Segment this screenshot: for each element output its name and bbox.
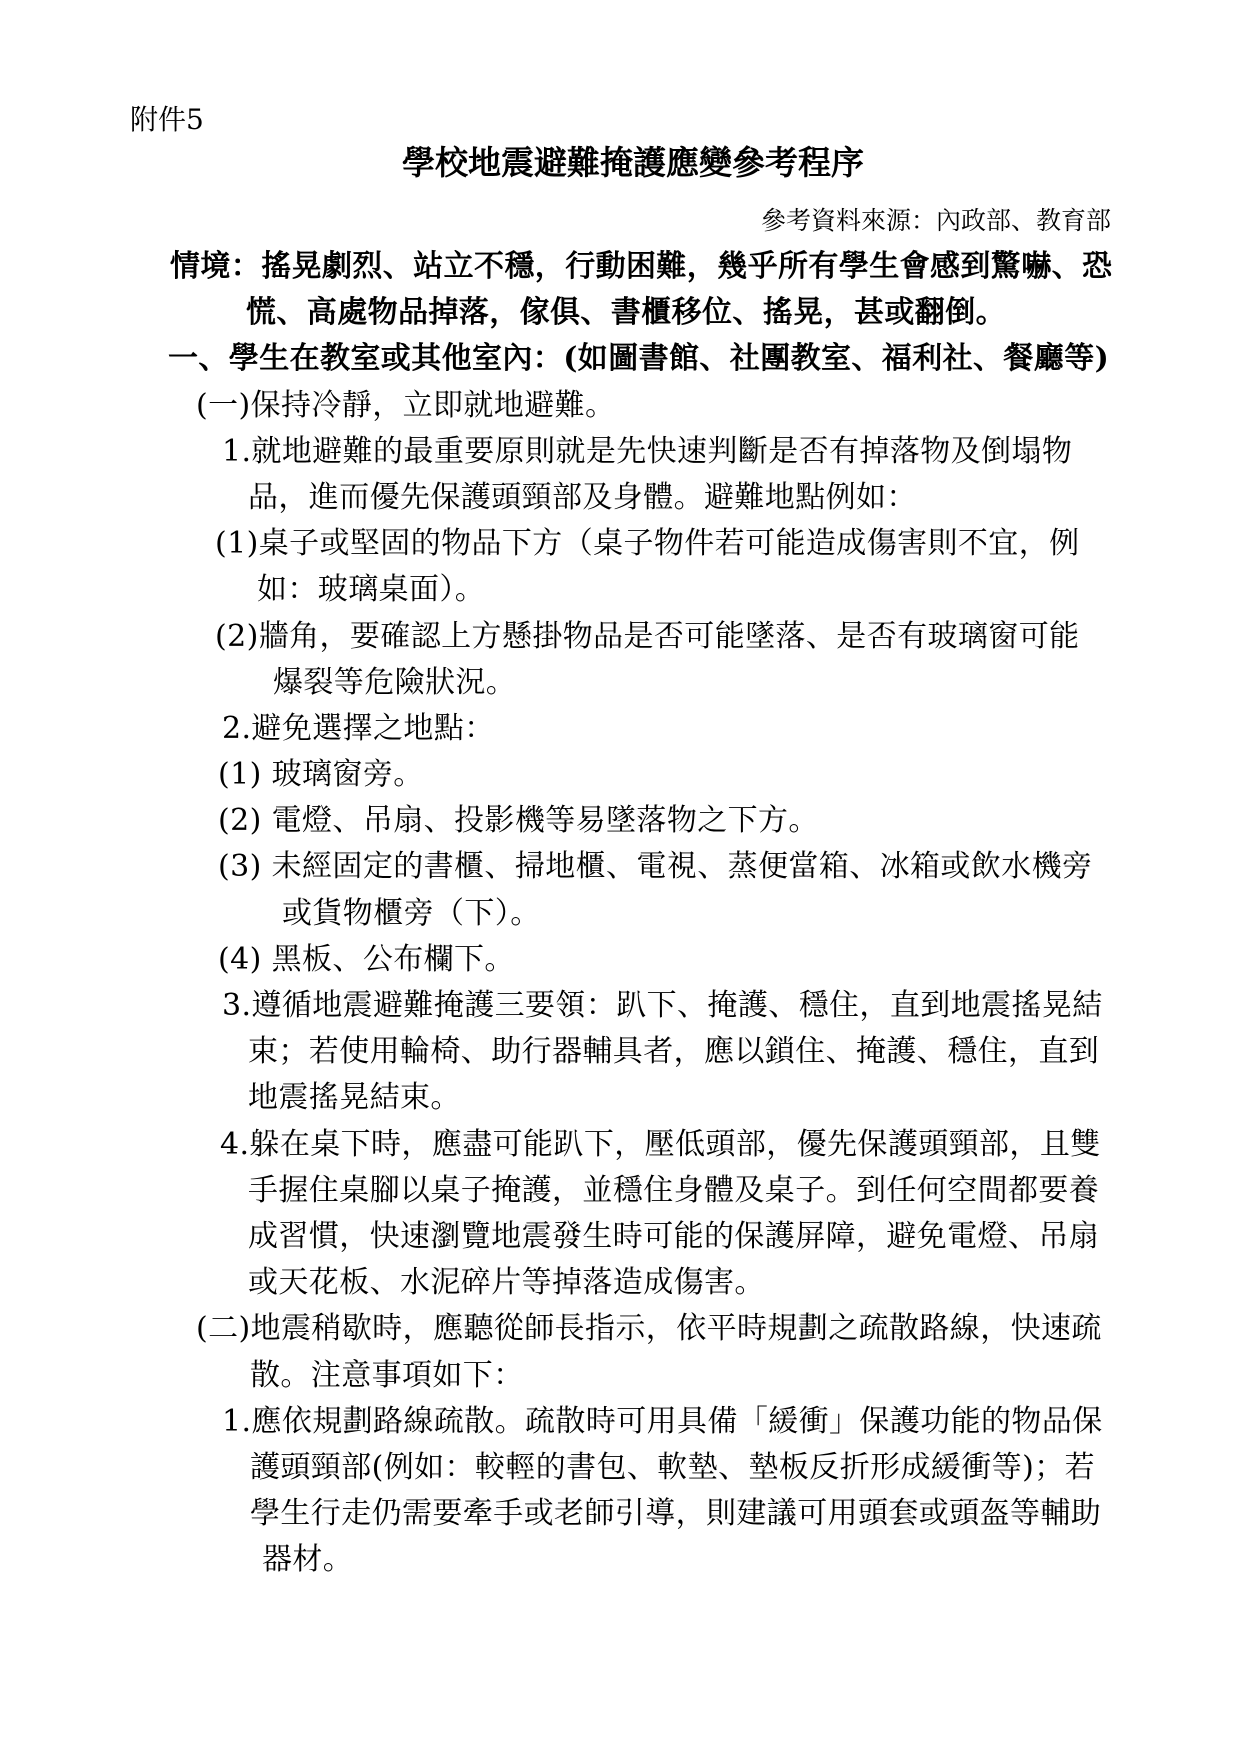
text-line: (一)保持冷靜，立即就地避難。 <box>196 383 1241 429</box>
point-1-shelter-principle: 1.就地避難的最重要原則就是先快速判斷是否有掉落物及倒塌物 品，進而優先保護頭頸… <box>0 429 1241 521</box>
scenario-paragraph: 情境：搖晃劇烈、站立不穩，行動困難，幾乎所有學生會感到驚嚇、恐 慌、高處物品掉落… <box>0 244 1241 336</box>
text-line: (2)牆角，要確認上方懸掛物品是否可能墜落、是否有玻璃窗可能 <box>215 614 1241 660</box>
text-line: 慌、高處物品掉落，傢俱、書櫃移位、搖晃，甚或翻倒。 <box>246 290 1241 336</box>
text-line: 束；若使用輪椅、助行器輔具者，應以鎖住、掩護、穩住，直到 <box>248 1029 1241 1075</box>
text-line: (4) 黑板、公布欄下。 <box>218 937 1241 983</box>
text-line: 4.躲在桌下時，應盡可能趴下，壓低頭部，優先保護頭頸部，且雙 <box>220 1122 1241 1168</box>
text-line: 情境：搖晃劇烈、站立不穩，行動困難，幾乎所有學生會感到驚嚇、恐 <box>170 244 1241 290</box>
attachment-label: 附件5 <box>130 103 1241 137</box>
source-note: 參考資料來源：內政部、教育部 <box>0 205 1111 236</box>
document-page: 附件5 學校地震避難掩護應變參考程序 參考資料來源：內政部、教育部 情境：搖晃劇… <box>0 0 1241 1755</box>
avoid-glass-window: (1) 玻璃窗旁。 <box>0 752 1241 798</box>
doc-title: 學校地震避難掩護應變參考程序 <box>0 143 1241 183</box>
text-line: 或貨物櫃旁（下）。 <box>282 891 1241 937</box>
text-line: (二)地震稍歇時，應聽從師長指示，依平時規劃之疏散路線，快速疏 <box>196 1306 1241 1352</box>
text-line: 學生行走仍需要牽手或老師引導，則建議可用頭套或頭盔等輔助 <box>250 1491 1241 1537</box>
text-line: 護頭頸部(例如：較輕的書包、軟墊、墊板反折形成緩衝等)；若 <box>250 1445 1241 1491</box>
point-4-under-desk-posture: 4.躲在桌下時，應盡可能趴下，壓低頭部，優先保護頭頸部，且雙 手握住桌腳以桌子掩… <box>0 1122 1241 1307</box>
text-line: 成習慣，快速瀏覽地震發生時可能的保護屏障，避免電燈、吊扇 <box>248 1214 1241 1260</box>
point-2-places-to-avoid: 2.避免選擇之地點： <box>0 706 1241 752</box>
text-line: 器材。 <box>262 1537 1241 1583</box>
sub-point-wall-corner: (2)牆角，要確認上方懸掛物品是否可能墜落、是否有玻璃窗可能 爆裂等危險狀況。 <box>0 614 1241 706</box>
text-line: 1.就地避難的最重要原則就是先快速判斷是否有掉落物及倒塌物 <box>222 429 1241 475</box>
text-line: 如：玻璃桌面）。 <box>257 567 1241 613</box>
item-2-evacuation: (二)地震稍歇時，應聽從師長指示，依平時規劃之疏散路線，快速疏 散。注意事項如下… <box>0 1306 1241 1398</box>
text-line: 地震搖晃結束。 <box>248 1075 1241 1121</box>
section-1-heading: 一、學生在教室或其他室內：(如圖書館、社團教室、福利社、餐廳等) <box>0 336 1241 382</box>
avoid-falling-objects: (2) 電燈、吊扇、投影機等易墜落物之下方。 <box>0 798 1241 844</box>
point-5-evacuation-route: 1.應依規劃路線疏散。疏散時可用具備「緩衝」保護功能的物品保 護頭頸部(例如：較… <box>0 1399 1241 1584</box>
text-line: 1.應依規劃路線疏散。疏散時可用具備「緩衝」保護功能的物品保 <box>222 1399 1241 1445</box>
avoid-unfixed-cabinets: (3) 未經固定的書櫃、掃地櫃、電視、蒸便當箱、冰箱或飲水機旁 或貨物櫃旁（下）… <box>0 844 1241 936</box>
text-line: 一、學生在教室或其他室內：(如圖書館、社團教室、福利社、餐廳等) <box>168 336 1241 382</box>
item-1-keep-calm: (一)保持冷靜，立即就地避難。 <box>0 383 1241 429</box>
text-line: (3) 未經固定的書櫃、掃地櫃、電視、蒸便當箱、冰箱或飲水機旁 <box>218 844 1241 890</box>
text-line: (2) 電燈、吊扇、投影機等易墜落物之下方。 <box>218 798 1241 844</box>
text-line: 或天花板、水泥碎片等掉落造成傷害。 <box>248 1260 1241 1306</box>
avoid-blackboard: (4) 黑板、公布欄下。 <box>0 937 1241 983</box>
text-line: (1) 玻璃窗旁。 <box>218 752 1241 798</box>
point-3-three-steps: 3.遵循地震避難掩護三要領：趴下、掩護、穩住，直到地震搖晃結 束；若使用輪椅、助… <box>0 983 1241 1122</box>
text-line: 3.遵循地震避難掩護三要領：趴下、掩護、穩住，直到地震搖晃結 <box>222 983 1241 1029</box>
text-line: (1)桌子或堅固的物品下方（桌子物件若可能造成傷害則不宜，例 <box>215 521 1241 567</box>
text-line: 品，進而優先保護頭頸部及身體。避難地點例如： <box>248 475 1241 521</box>
text-line: 爆裂等危險狀況。 <box>273 660 1241 706</box>
doc-body: 情境：搖晃劇烈、站立不穩，行動困難，幾乎所有學生會感到驚嚇、恐 慌、高處物品掉落… <box>0 244 1241 1583</box>
text-line: 手握住桌腳以桌子掩護，並穩住身體及桌子。到任何空間都要養 <box>248 1168 1241 1214</box>
text-line: 2.避免選擇之地點： <box>222 706 1241 752</box>
text-line: 散。注意事項如下： <box>250 1353 1241 1399</box>
sub-point-under-desk: (1)桌子或堅固的物品下方（桌子物件若可能造成傷害則不宜，例 如：玻璃桌面）。 <box>0 521 1241 613</box>
